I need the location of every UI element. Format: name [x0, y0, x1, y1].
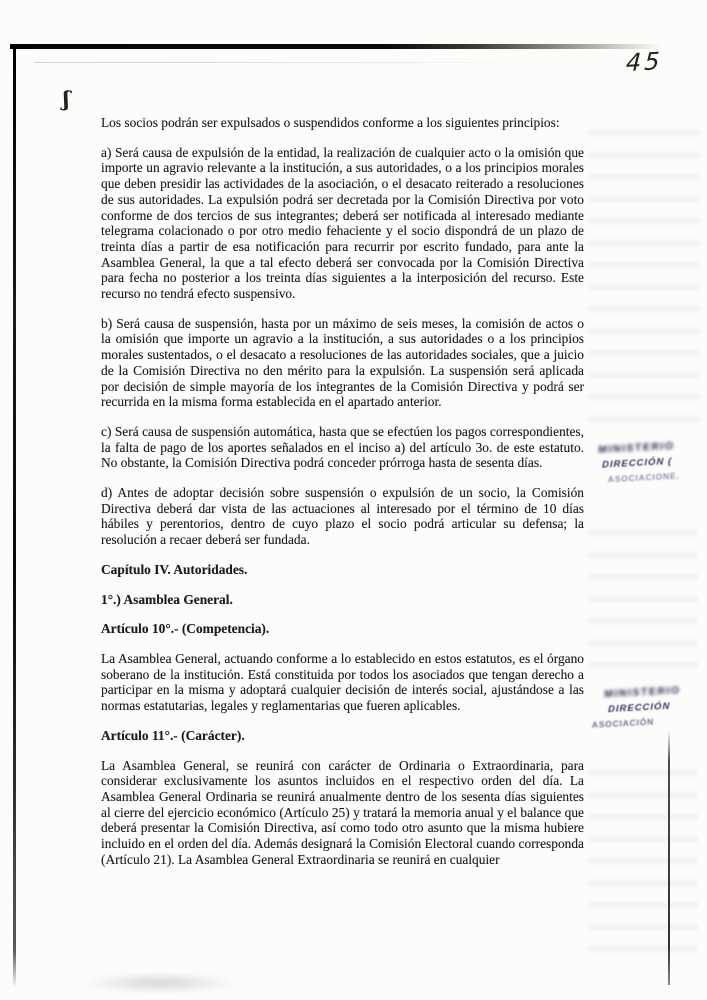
photocopy-right-border: [668, 731, 670, 985]
handwritten-page-number: 45: [625, 47, 663, 77]
handwritten-margin-mark: ʃ: [62, 86, 72, 112]
stamp-direccion-line: DIRECCIÓN: [592, 699, 704, 716]
article-10-heading: Artículo 10°.- (Competencia).: [101, 621, 584, 637]
article-11-body: La Asamblea General, se reunirá con cará…: [101, 758, 584, 868]
stamp-smudged-line: MINISTERIO: [598, 438, 707, 456]
page-bottom-shadow: [80, 972, 240, 994]
bleedthrough-ghost-text: [588, 770, 698, 960]
document-body: Los socios podrán ser expulsados o suspe…: [101, 115, 584, 881]
section-heading: 1°.) Asamblea General.: [101, 592, 584, 608]
scanned-page: 45 ʃ Los socios podrán ser expulsados o …: [0, 0, 707, 1000]
photocopy-left-border: [13, 44, 16, 988]
ink-stamp-direccion-2: MINISTERIO DIRECCIÓN ASOCIACIÓN: [592, 683, 705, 730]
intro-paragraph: Los socios podrán ser expulsados o suspe…: [101, 115, 584, 131]
bleedthrough-ghost-text: [588, 130, 700, 430]
stamp-asociaciones-line: ASOCIACIONE.: [598, 469, 707, 485]
ink-stamp-direccion-1: MINISTERIO DIRECCIÓN ( ASOCIACIONE.: [598, 438, 707, 485]
stamp-asociacion-line: ASOCIACIÓN: [592, 714, 704, 730]
photocopy-top-border-echo: [34, 62, 534, 63]
stamp-direccion-line: DIRECCIÓN (: [598, 454, 707, 471]
clause-c-paragraph: c) Será causa de suspensión automática, …: [101, 424, 584, 471]
stamp-smudged-line: MINISTERIO: [592, 683, 704, 701]
article-11-heading: Artículo 11°.- (Carácter).: [101, 728, 584, 744]
chapter-heading: Capítulo IV. Autoridades.: [101, 562, 584, 578]
photocopy-top-border: [10, 44, 662, 49]
article-10-body: La Asamblea General, actuando conforme a…: [101, 651, 584, 714]
clause-d-paragraph: d) Antes de adoptar decisión sobre suspe…: [101, 485, 584, 548]
clause-b-paragraph: b) Será causa de suspensión, hasta por u…: [101, 316, 584, 410]
clause-a-paragraph: a) Será causa de expulsión de la entidad…: [101, 145, 584, 302]
bleedthrough-ghost-text: [588, 530, 698, 680]
